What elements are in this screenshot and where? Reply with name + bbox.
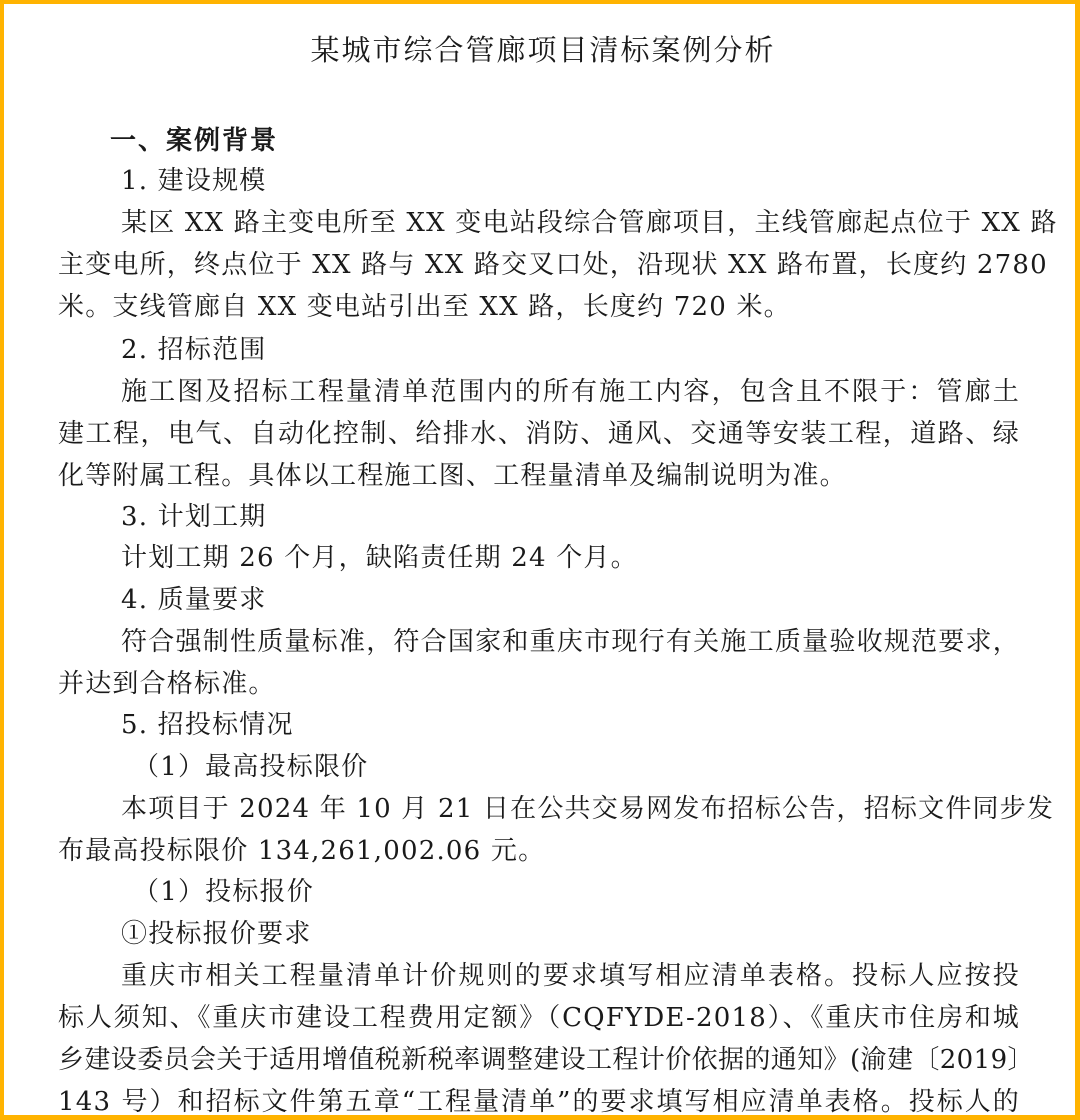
paragraph-line: 符合强制性质量标准，符合国家和重庆市现行有关施工质量验收规范要求， [121, 621, 1020, 663]
document-frame: 某城市综合管廊项目清标案例分析 一、案例背景 1. 建设规模 某区 XX 路主变… [0, 0, 1080, 1120]
subheading-max-bid-price: （1）最高投标限价 [133, 746, 368, 788]
paragraph-line: 本项目于 2024 年 10 月 21 日在公共交易网发布招标公告，招标文件同步… [121, 788, 1020, 830]
paragraph-line: 重庆市相关工程量清单计价规则的要求填写相应清单表格。投标人应按投 [121, 955, 1020, 997]
paragraph-line: 某区 XX 路主变电所至 XX 变电站段综合管廊项目，主线管廊起点位于 XX 路 [121, 202, 1020, 244]
paragraph-line: 建工程，电气、自动化控制、给排水、消防、通风、交通等安装工程，道路、绿 [58, 413, 1020, 455]
paragraph-line: 计划工期 26 个月，缺陷责任期 24 个月。 [121, 537, 638, 579]
paragraph-line: 主变电所，终点位于 XX 路与 XX 路交叉口处，沿现状 XX 路布置，长度约 … [58, 244, 1020, 286]
document-title: 某城市综合管廊项目清标案例分析 [28, 30, 1058, 70]
paragraph-line: 化等附属工程。具体以工程施工图、工程量清单及编制说明为准。 [58, 455, 847, 497]
subheading-bidding-scope: 2. 招标范围 [121, 329, 266, 371]
subheading-quality-requirements: 4. 质量要求 [121, 579, 266, 621]
subheading-bidding-status: 5. 招投标情况 [121, 704, 294, 746]
subheading-construction-scale: 1. 建设规模 [121, 160, 266, 202]
paragraph-line: 标人须知、《重庆市建设工程费用定额》（CQFYDE-2018）、《重庆市住房和城 [58, 997, 1020, 1039]
item-heading-bid-quotation-requirements: ①投标报价要求 [121, 913, 311, 955]
paragraph-line: 米。支线管廊自 XX 变电站引出至 XX 路，长度约 720 米。 [58, 286, 791, 328]
paragraph-line: 143 号）和招标文件第五章“工程量清单”的要求填写相应清单表格。投标人的 [58, 1081, 1020, 1120]
subheading-bid-quotation: （1）投标报价 [133, 871, 314, 913]
paragraph-line: 乡建设委员会关于适用增值税新税率调整建设工程计价依据的通知》(渝建〔2019〕 [58, 1039, 1020, 1081]
section-heading-case-background: 一、案例背景 [110, 120, 278, 162]
paragraph-line: 并达到合格标准。 [58, 663, 276, 705]
paragraph-line: 布最高投标限价 134,261,002.06 元。 [58, 830, 545, 872]
subheading-planned-schedule: 3. 计划工期 [121, 496, 266, 538]
paragraph-line: 施工图及招标工程量清单范围内的所有施工内容，包含且不限于：管廊土 [121, 371, 1020, 413]
